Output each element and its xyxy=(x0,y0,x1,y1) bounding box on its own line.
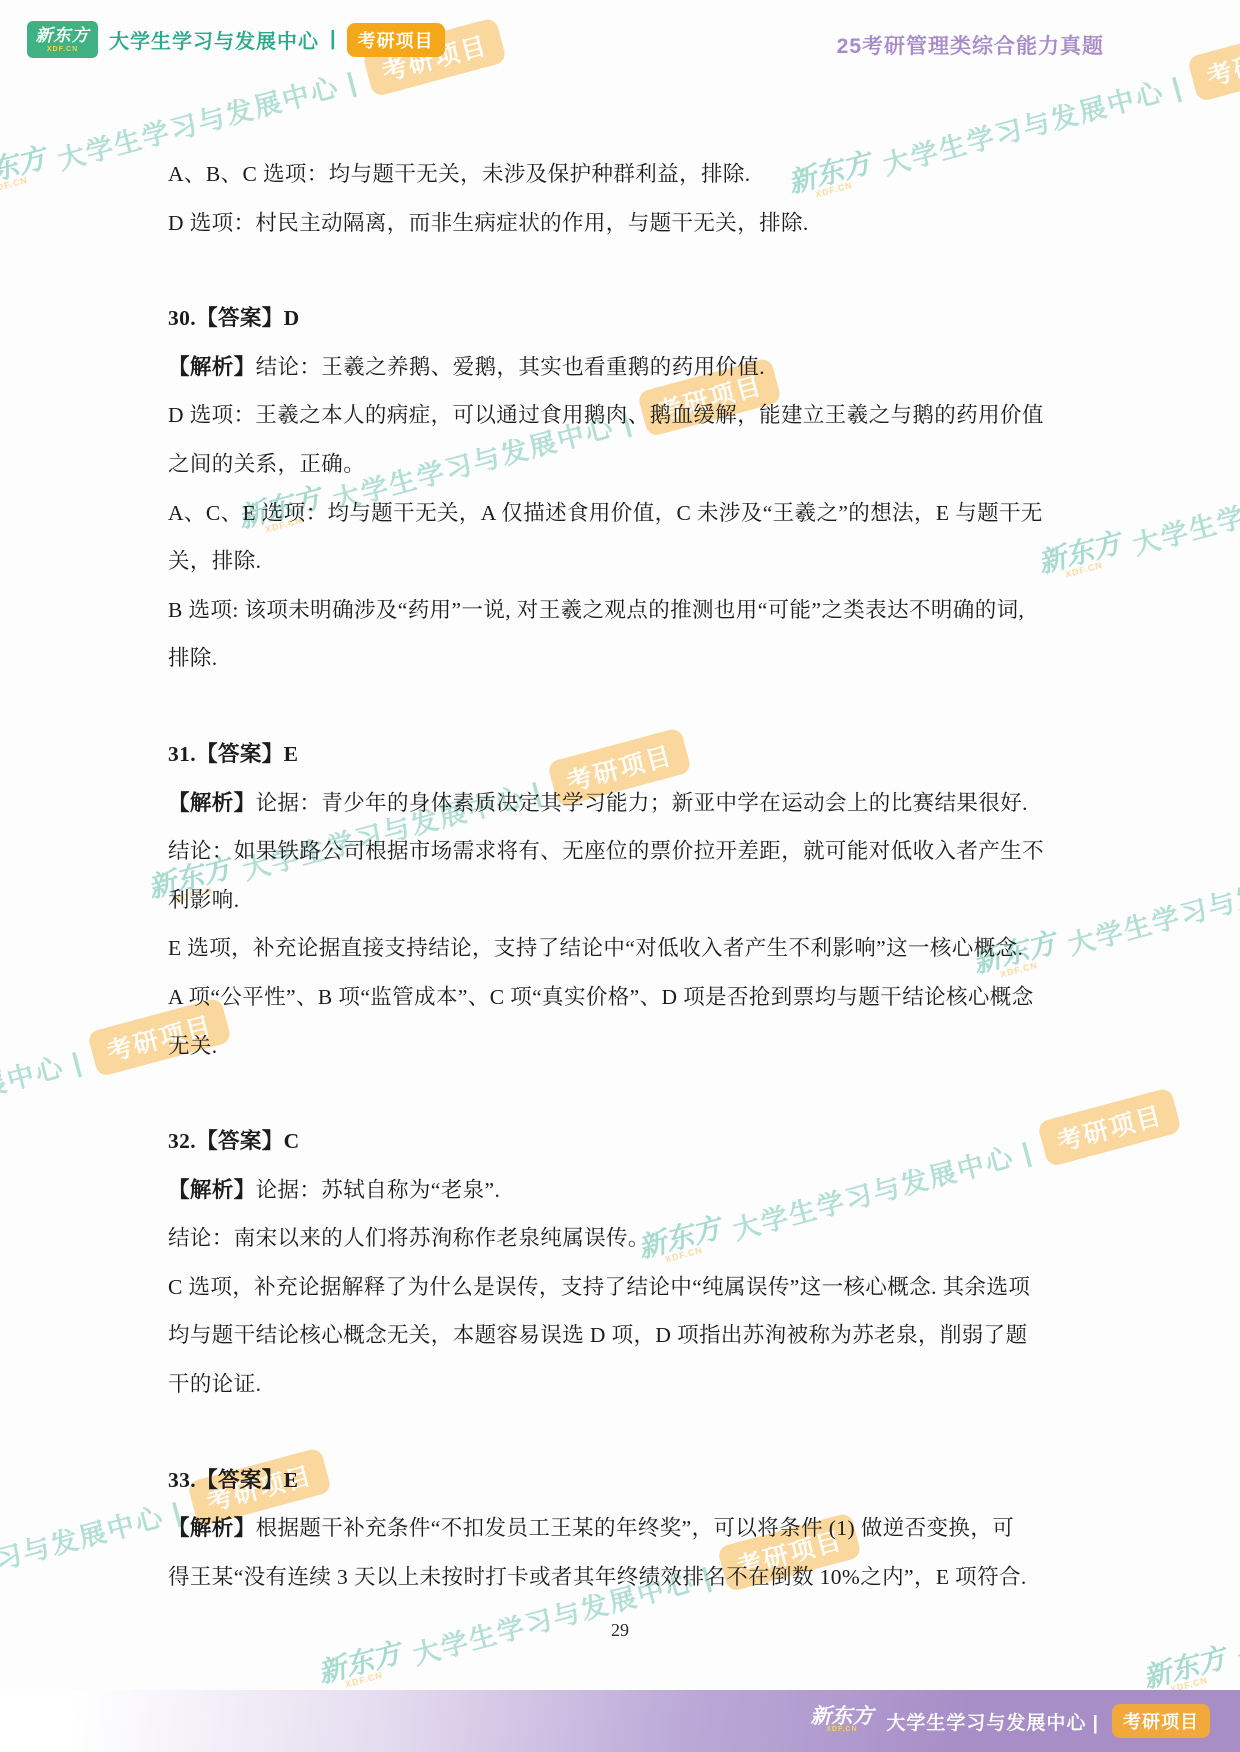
answer-heading-31: 31.【答案】E xyxy=(168,730,1080,779)
watermark-label: 大学生学习与发展中心 | xyxy=(1128,444,1240,562)
text-line: 排除. xyxy=(168,634,1080,683)
text-line: 之间的关系，正确。 xyxy=(168,440,1080,489)
footer-center-label: 大学生学习与发展中心 | xyxy=(886,1708,1099,1735)
answer-heading-32: 32.【答案】C xyxy=(168,1117,1080,1166)
text-line: 结论：南宋以来的人们将苏洵称作老泉纯属误传。 xyxy=(168,1214,1080,1263)
page-number: 29 xyxy=(0,1620,1240,1641)
brand-lockup: 新东方 XDF.CN 大学生学习与发展中心 | 考研项目 xyxy=(27,21,445,58)
answer-explanations: A、B、C 选项：均与题干无关，未涉及保护种群利益，排除. D 选项：村民主动隔… xyxy=(168,150,1080,1601)
text-line: 关，排除. xyxy=(168,537,1080,586)
text-line: 均与题干结论核心概念无关，本题容易误选 D 项，D 项指出苏洵被称为苏老泉，削弱… xyxy=(168,1311,1080,1360)
text-line: 结论：如果铁路公司根据市场需求将有、无座位的票价拉开差距，就可能对低收入者产生不 xyxy=(168,827,1080,876)
xdf-logo-text: 新东方 xyxy=(36,27,90,44)
watermark-label: 大学生学习与发展中心 | xyxy=(0,1039,86,1157)
xdf-watermark-logo: 新东方XDF.CN xyxy=(316,1640,406,1694)
footer-project-badge: 考研项目 xyxy=(1112,1704,1210,1738)
explanation-line: 【解析】论据：青少年的身体素质决定其学习能力；新亚中学在运动会上的比赛结果很好. xyxy=(168,779,1080,828)
page-footer: 新东方XDF.CN 大学生学习与发展中心 | 考研项目 xyxy=(0,1690,1240,1752)
brand-divider: | xyxy=(330,28,336,51)
xdf-footer-logo: 新东方XDF.CN xyxy=(810,1708,873,1733)
text-line: E 选项，补充论据直接支持结论，支持了结论中“对低收入者产生不利影响”这一核心概… xyxy=(168,924,1080,973)
brand-center-label: 大学生学习与发展中心 xyxy=(109,25,319,54)
watermark-label: 大学生学习与发展中心 | xyxy=(0,1489,186,1607)
text-line: D 选项：村民主动隔离，而非生病症状的作用，与题干无关，排除. xyxy=(168,199,1080,248)
answer-heading-30: 30.【答案】D xyxy=(168,294,1080,343)
xdf-watermark-logo: 新东方XDF.CN xyxy=(0,145,50,199)
page-header: 新东方 XDF.CN 大学生学习与发展中心 | 考研项目 25考研管理类综合能力… xyxy=(0,0,1240,70)
explanation-line: 【解析】结论：王羲之养鹅、爱鹅，其实也看重鹅的药用价值. xyxy=(168,343,1080,392)
text-line: A、B、C 选项：均与题干无关，未涉及保护种群利益，排除. xyxy=(168,150,1080,199)
text-line: 干的论证. xyxy=(168,1360,1080,1409)
watermark: 新东方XDF.CN 大学生学习与发展中心 | 考研项目 xyxy=(1139,1517,1240,1705)
project-badge: 考研项目 xyxy=(347,23,445,57)
xdf-logo-url: XDF.CN xyxy=(47,46,78,53)
text-line: D 选项：王羲之本人的病症，可以通过食用鹅肉、鹅血缓解，能建立王羲之与鹅的药用价… xyxy=(168,391,1080,440)
watermark-label: 大学生学习与发展中心 | xyxy=(1063,844,1240,962)
text-line: 得王某“没有连续 3 天以上未按时打卡或者其年终绩效排名不在倒数 10%之内”，… xyxy=(168,1553,1080,1602)
text-line: A 项“公平性”、B 项“监管成本”、C 项“真实价格”、D 项是否抢到票均与题… xyxy=(168,973,1080,1022)
text-line: 无关. xyxy=(168,1022,1080,1071)
text-line: 利影响. xyxy=(168,876,1080,925)
watermark-label: 大学生学习与发展中心 | xyxy=(1233,1559,1240,1677)
text-line: C 选项，补充论据解释了为什么是误传，支持了结论中“纯属误传”这一核心概念. 其… xyxy=(168,1263,1080,1312)
xdf-logo: 新东方 XDF.CN xyxy=(27,21,98,58)
text-line: B 选项: 该项未明确涉及“药用”一说, 对王羲之观点的推测也用“可能”之类表达… xyxy=(168,586,1080,635)
explanation-line: 【解析】论据：苏轼自称为“老泉”. xyxy=(168,1166,1080,1215)
text-line: A、C、E 选项：均与题干无关，A 仅描述食用价值，C 未涉及“王羲之”的想法，… xyxy=(168,489,1080,538)
document-title: 25考研管理类综合能力真题 xyxy=(837,30,1104,60)
explanation-line: 【解析】根据题干补充条件“不扣发员工王某的年终奖”，可以将条件 (1) 做逆否变… xyxy=(168,1504,1080,1553)
answer-heading-33: 33.【答案】E xyxy=(168,1456,1080,1505)
